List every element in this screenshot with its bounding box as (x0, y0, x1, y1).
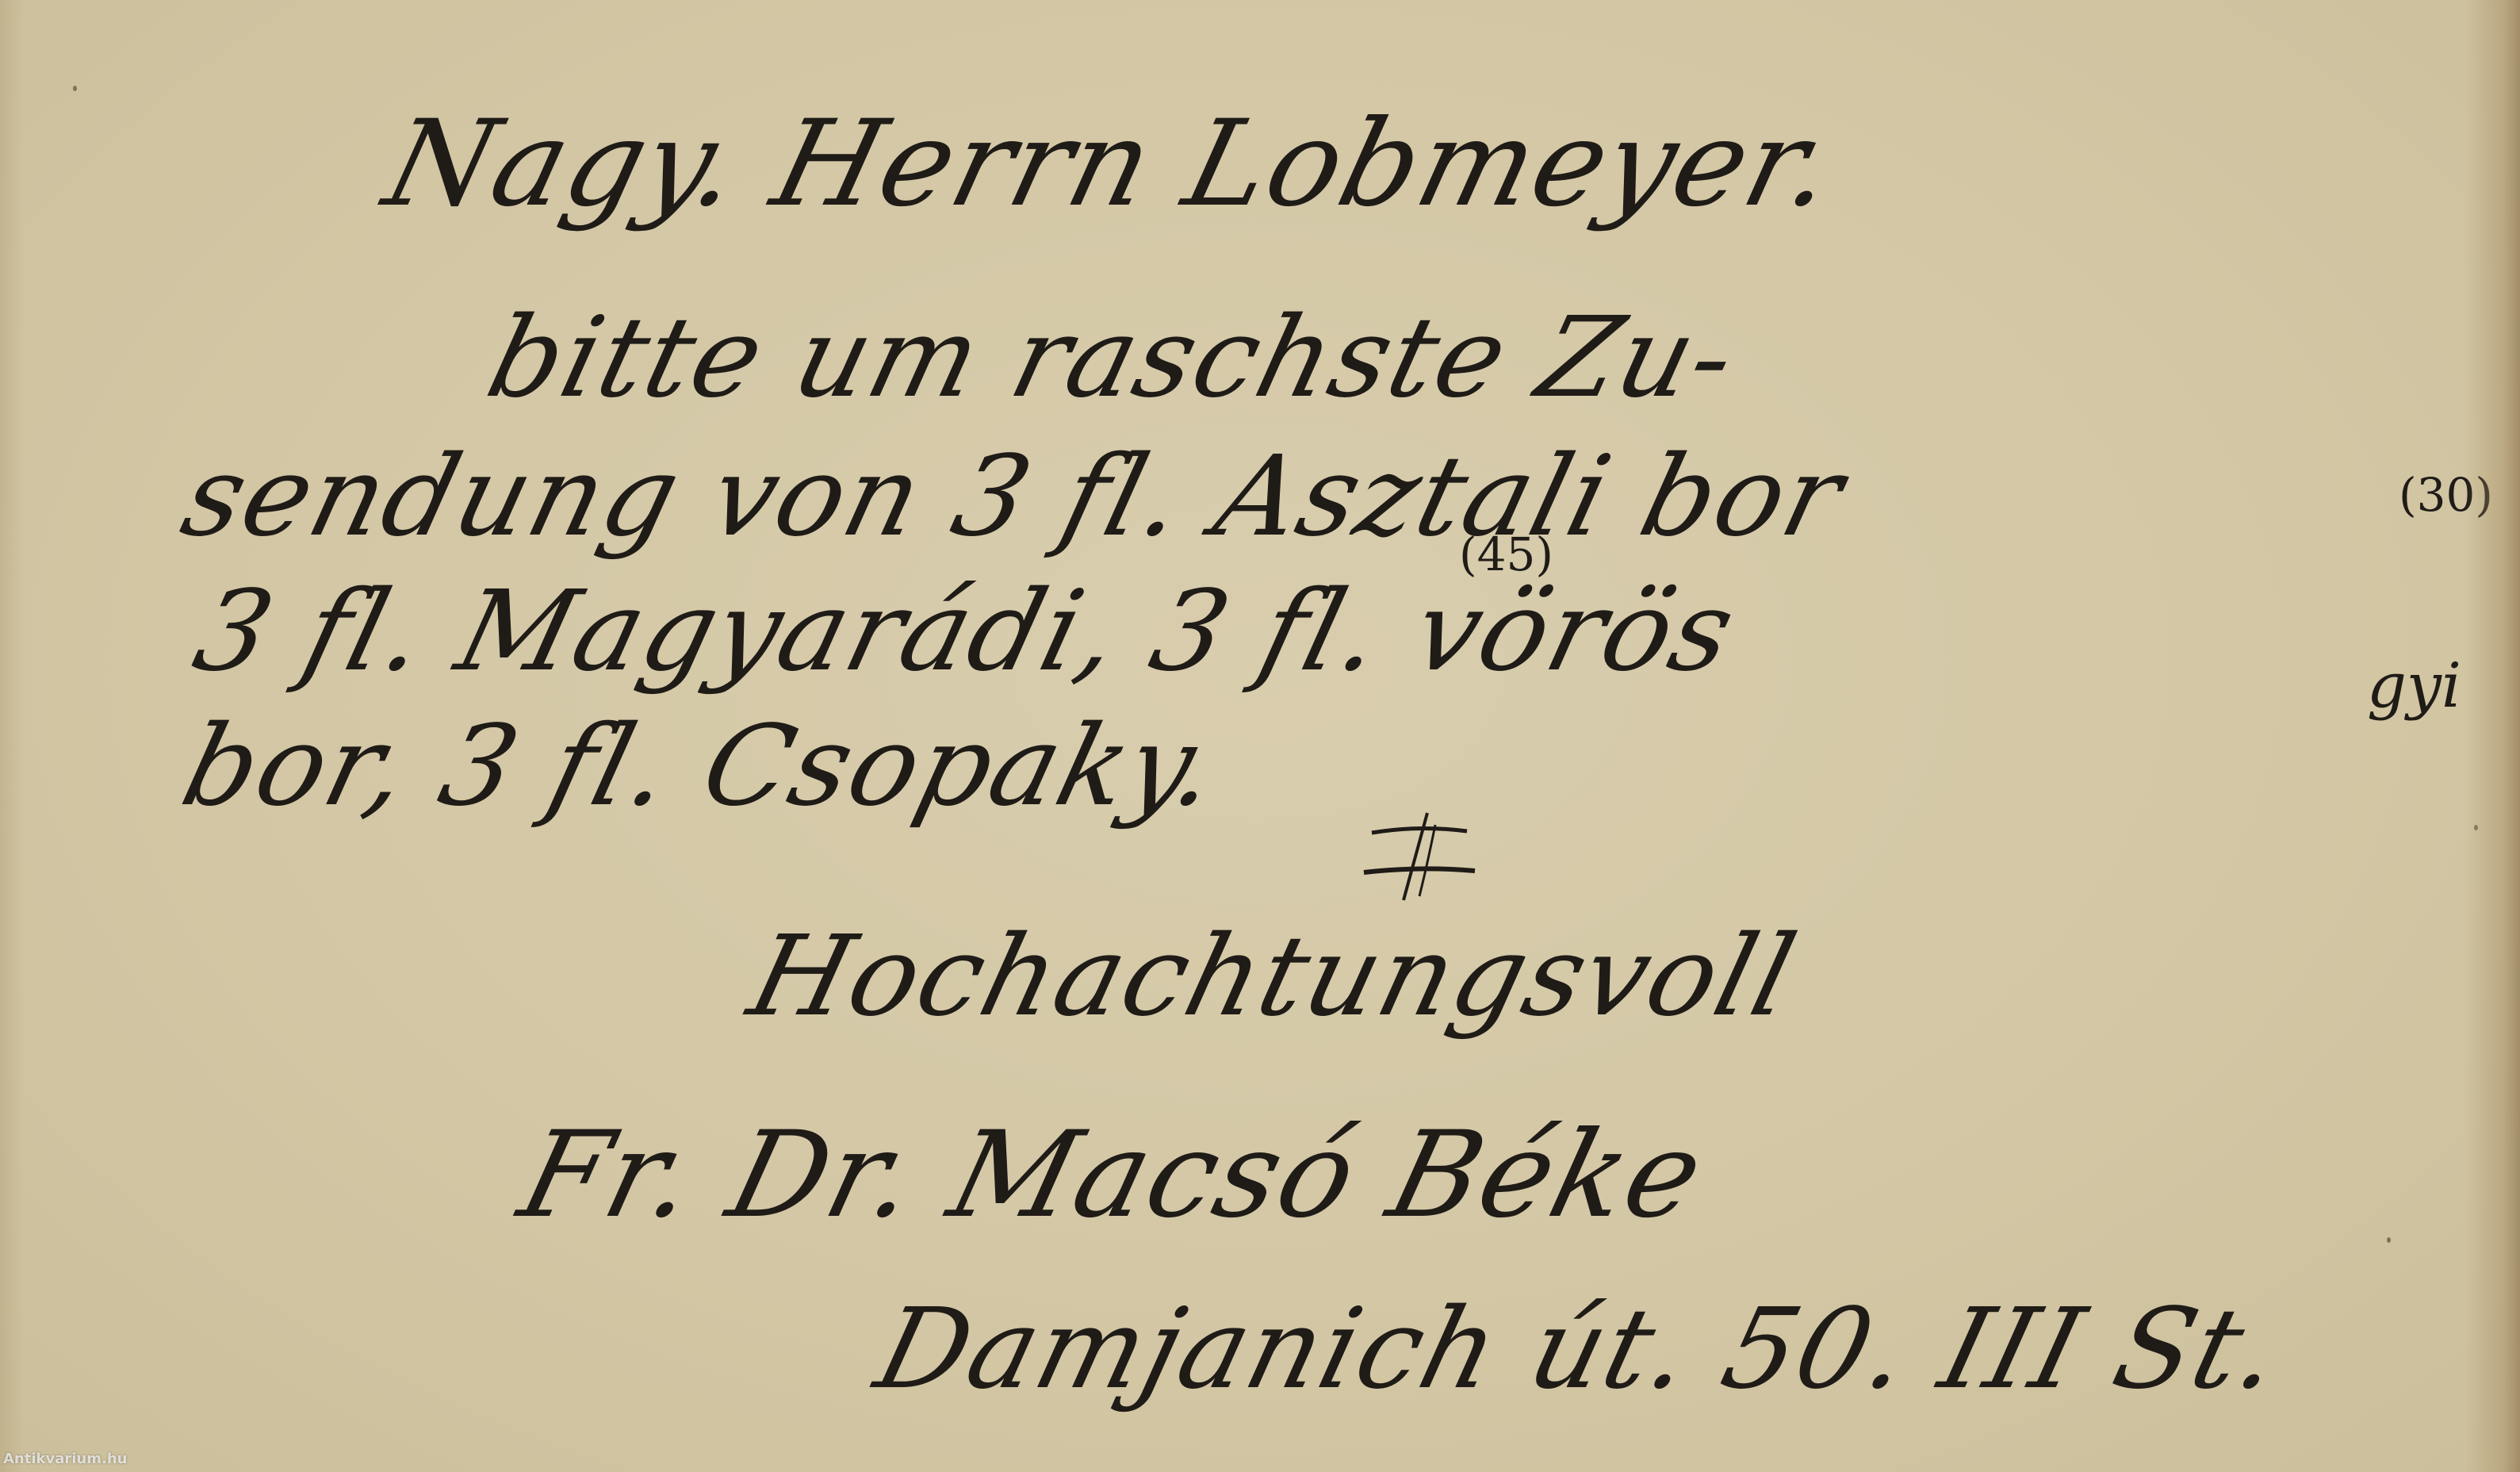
margin-suffix: gyi (2367, 650, 2461, 722)
paper-speck (2387, 1237, 2391, 1243)
salutation-line: Nagy. Herrn Lobmeyer. (373, 95, 1850, 233)
paper-speck (73, 86, 77, 91)
signature-line: Fr. Dr. Macsó Béke (507, 1106, 1718, 1244)
watermark: Antikvarium.hu (3, 1451, 127, 1467)
address-line: Damjanich út. 50. III St. (864, 1285, 2295, 1414)
price-annotation-30: (30) (2399, 468, 2493, 522)
postcard: Nagy. Herrn Lobmeyer. bitte um raschste … (0, 0, 2520, 1472)
body-line-3: 3 fl. Magyarádi, 3 fl. vörös (182, 567, 1748, 696)
paper-speck (2474, 825, 2478, 830)
body-line-1: bitte um raschste Zu- (476, 293, 1748, 423)
closing-line: Hochachtungsvoll (737, 912, 1809, 1041)
body-line-2: sendung von 3 fl. Asztali bor (170, 432, 1856, 562)
body-line-4: bor, 3 fl. Csopaky. (170, 702, 1231, 831)
flourish-mark-icon (1340, 809, 1499, 904)
